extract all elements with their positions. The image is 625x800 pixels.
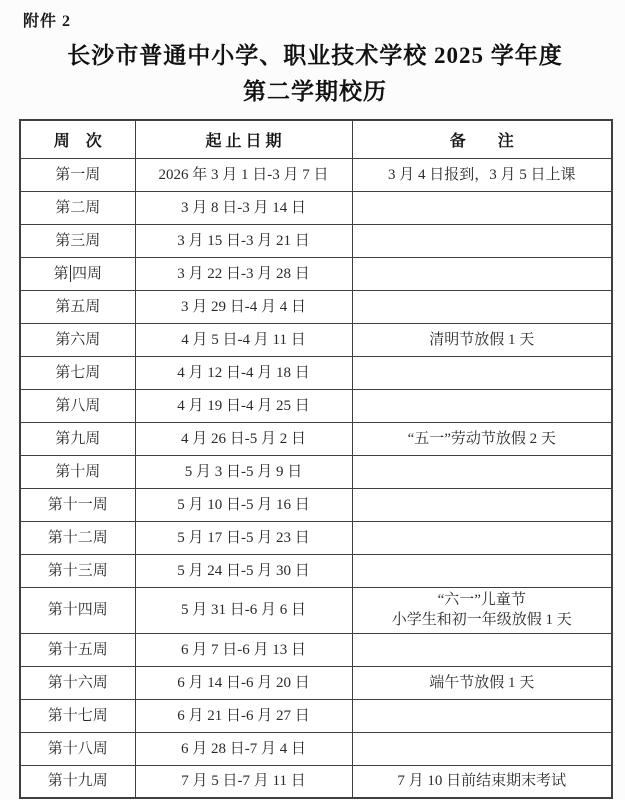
text-cursor bbox=[70, 265, 72, 282]
table-row: 第一周2026 年 3 月 1 日-3 月 7 日3 月 4 日报到，3 月 5… bbox=[20, 158, 612, 191]
remarks-cell: “六一”儿童节小学生和初一年级放假 1 天 bbox=[352, 587, 612, 633]
table-row: 第十一周5 月 10 日-5 月 16 日 bbox=[20, 488, 612, 521]
dates-cell: 6 月 21 日-6 月 27 日 bbox=[135, 699, 352, 732]
remark-line: “五一”劳动节放假 2 天 bbox=[357, 429, 608, 449]
remark-line: 7 月 10 日前结束期末考试 bbox=[357, 771, 608, 791]
table-row: 第十九周7 月 5 日-7 月 11 日7 月 10 日前结束期末考试 bbox=[20, 765, 612, 798]
header-row: 周 次 起 止 日 期 备 注 bbox=[20, 120, 612, 158]
week-cell: 第十六周 bbox=[20, 666, 135, 699]
table-row: 第七周4 月 12 日-4 月 18 日 bbox=[20, 356, 612, 389]
week-cell: 第十一周 bbox=[20, 488, 135, 521]
document-page: 附件 2 长沙市普通中小学、职业技术学校 2025 学年度 第二学期校历 周 次… bbox=[0, 0, 625, 800]
table-row: 第十四周5 月 31 日-6 月 6 日“六一”儿童节小学生和初一年级放假 1 … bbox=[20, 587, 612, 633]
header-remarks: 备 注 bbox=[352, 120, 612, 158]
remarks-cell bbox=[352, 290, 612, 323]
table-row: 第十五周6 月 7 日-6 月 13 日 bbox=[20, 633, 612, 666]
dates-cell: 3 月 29 日-4 月 4 日 bbox=[135, 290, 352, 323]
remarks-cell bbox=[352, 389, 612, 422]
dates-cell: 5 月 3 日-5 月 9 日 bbox=[135, 455, 352, 488]
dates-cell: 3 月 22 日-3 月 28 日 bbox=[135, 257, 352, 290]
remark-line: 3 月 4 日报到，3 月 5 日上课 bbox=[357, 165, 608, 185]
table-row: 第九周4 月 26 日-5 月 2 日“五一”劳动节放假 2 天 bbox=[20, 422, 612, 455]
table-row: 第十三周5 月 24 日-5 月 30 日 bbox=[20, 554, 612, 587]
table-row: 第二周3 月 8 日-3 月 14 日 bbox=[20, 191, 612, 224]
table-row: 第八周4 月 19 日-4 月 25 日 bbox=[20, 389, 612, 422]
remarks-cell bbox=[352, 257, 612, 290]
document-title-line2: 第二学期校历 bbox=[243, 79, 387, 104]
week-cell: 第十九周 bbox=[20, 765, 135, 798]
calendar-table-body: 第一周2026 年 3 月 1 日-3 月 7 日3 月 4 日报到，3 月 5… bbox=[20, 158, 612, 798]
week-cell: 第十五周 bbox=[20, 633, 135, 666]
calendar-table-header: 周 次 起 止 日 期 备 注 bbox=[20, 120, 612, 158]
remarks-cell bbox=[352, 732, 612, 765]
table-row: 第十七周6 月 21 日-6 月 27 日 bbox=[20, 699, 612, 732]
remarks-cell bbox=[352, 224, 612, 257]
remarks-cell bbox=[352, 554, 612, 587]
remarks-cell bbox=[352, 488, 612, 521]
week-cell: 第四周 bbox=[20, 257, 135, 290]
table-row: 第六周4 月 5 日-4 月 11 日清明节放假 1 天 bbox=[20, 323, 612, 356]
table-row: 第四周3 月 22 日-3 月 28 日 bbox=[20, 257, 612, 290]
remarks-cell: 端午节放假 1 天 bbox=[352, 666, 612, 699]
document-title-line1: 长沙市普通中小学、职业技术学校 2025 学年度 bbox=[67, 43, 563, 68]
table-row: 第十周5 月 3 日-5 月 9 日 bbox=[20, 455, 612, 488]
remarks-cell bbox=[352, 191, 612, 224]
table-row: 第十六周6 月 14 日-6 月 20 日端午节放假 1 天 bbox=[20, 666, 612, 699]
remark-line: 端午节放假 1 天 bbox=[357, 673, 608, 693]
table-row: 第十二周5 月 17 日-5 月 23 日 bbox=[20, 521, 612, 554]
header-dates: 起 止 日 期 bbox=[135, 120, 352, 158]
week-cell: 第十二周 bbox=[20, 521, 135, 554]
dates-cell: 7 月 5 日-7 月 11 日 bbox=[135, 765, 352, 798]
dates-cell: 5 月 10 日-5 月 16 日 bbox=[135, 488, 352, 521]
remarks-cell: “五一”劳动节放假 2 天 bbox=[352, 422, 612, 455]
week-cell: 第五周 bbox=[20, 290, 135, 323]
week-cell: 第十八周 bbox=[20, 732, 135, 765]
dates-cell: 2026 年 3 月 1 日-3 月 7 日 bbox=[135, 158, 352, 191]
week-cell: 第七周 bbox=[20, 356, 135, 389]
remarks-cell: 7 月 10 日前结束期末考试 bbox=[352, 765, 612, 798]
week-cell: 第九周 bbox=[20, 422, 135, 455]
remark-line: 小学生和初一年级放假 1 天 bbox=[357, 610, 608, 630]
remarks-cell bbox=[352, 633, 612, 666]
header-week: 周 次 bbox=[20, 120, 135, 158]
remark-line: 清明节放假 1 天 bbox=[357, 330, 608, 350]
remarks-cell: 清明节放假 1 天 bbox=[352, 323, 612, 356]
remarks-cell bbox=[352, 521, 612, 554]
dates-cell: 4 月 12 日-4 月 18 日 bbox=[135, 356, 352, 389]
week-cell: 第十四周 bbox=[20, 587, 135, 633]
document-title: 长沙市普通中小学、职业技术学校 2025 学年度 第二学期校历 bbox=[20, 38, 610, 109]
week-cell: 第六周 bbox=[20, 323, 135, 356]
week-cell: 第十七周 bbox=[20, 699, 135, 732]
week-cell: 第三周 bbox=[20, 224, 135, 257]
week-cell: 第一周 bbox=[20, 158, 135, 191]
dates-cell: 5 月 17 日-5 月 23 日 bbox=[135, 521, 352, 554]
dates-cell: 4 月 19 日-4 月 25 日 bbox=[135, 389, 352, 422]
remarks-cell bbox=[352, 699, 612, 732]
dates-cell: 3 月 15 日-3 月 21 日 bbox=[135, 224, 352, 257]
remarks-cell bbox=[352, 455, 612, 488]
remark-line: “六一”儿童节 bbox=[357, 590, 608, 610]
week-cell: 第八周 bbox=[20, 389, 135, 422]
calendar-table: 周 次 起 止 日 期 备 注 第一周2026 年 3 月 1 日-3 月 7 … bbox=[19, 119, 613, 799]
dates-cell: 4 月 26 日-5 月 2 日 bbox=[135, 422, 352, 455]
dates-cell: 5 月 24 日-5 月 30 日 bbox=[135, 554, 352, 587]
remarks-cell bbox=[352, 356, 612, 389]
week-cell: 第十周 bbox=[20, 455, 135, 488]
remarks-cell: 3 月 4 日报到，3 月 5 日上课 bbox=[352, 158, 612, 191]
week-cell: 第二周 bbox=[20, 191, 135, 224]
dates-cell: 5 月 31 日-6 月 6 日 bbox=[135, 587, 352, 633]
week-cell: 第十三周 bbox=[20, 554, 135, 587]
dates-cell: 4 月 5 日-4 月 11 日 bbox=[135, 323, 352, 356]
dates-cell: 6 月 28 日-7 月 4 日 bbox=[135, 732, 352, 765]
table-row: 第三周3 月 15 日-3 月 21 日 bbox=[20, 224, 612, 257]
table-row: 第五周3 月 29 日-4 月 4 日 bbox=[20, 290, 612, 323]
dates-cell: 3 月 8 日-3 月 14 日 bbox=[135, 191, 352, 224]
dates-cell: 6 月 14 日-6 月 20 日 bbox=[135, 666, 352, 699]
attachment-label: 附件 2 bbox=[23, 8, 610, 31]
dates-cell: 6 月 7 日-6 月 13 日 bbox=[135, 633, 352, 666]
table-row: 第十八周6 月 28 日-7 月 4 日 bbox=[20, 732, 612, 765]
